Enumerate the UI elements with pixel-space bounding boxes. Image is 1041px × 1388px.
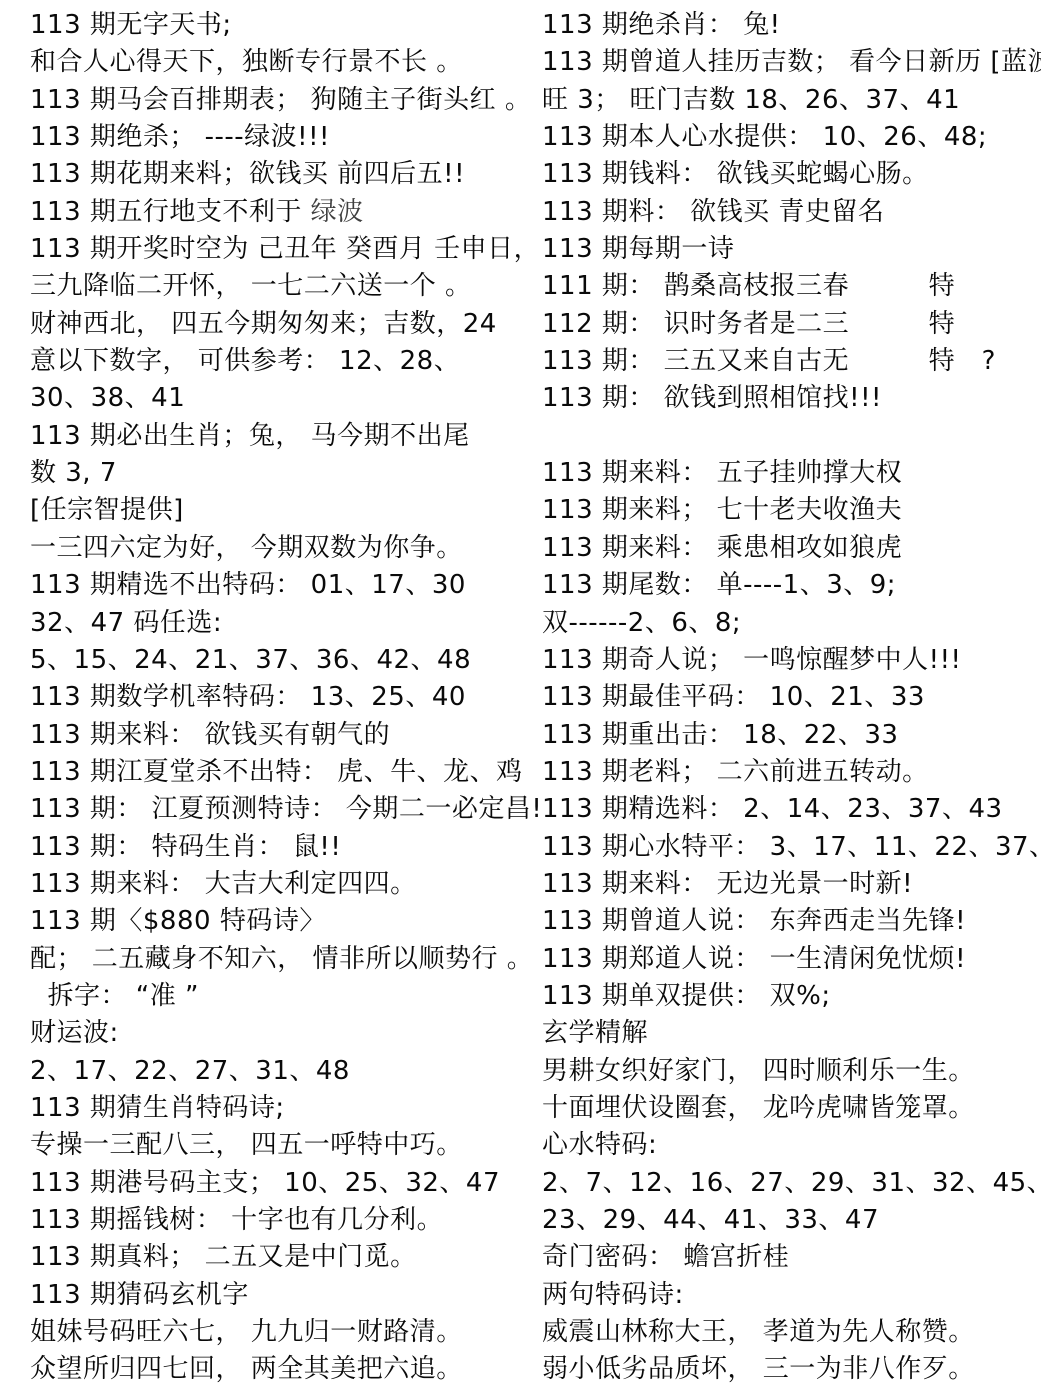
text-line: 一三四六定为好， 今期双数为你争。 bbox=[30, 530, 535, 567]
muted-text-segment: 绿波 bbox=[311, 197, 364, 227]
text-line: 配； 二五藏身不知六， 情非所以顺势行 。 bbox=[30, 941, 535, 978]
text-line: 意以下数字， 可供参考： 12、28、 bbox=[30, 343, 535, 380]
text-line: 113 期奇人说； 一鸣惊醒梦中人!!! bbox=[542, 642, 1041, 679]
text-line: 财运波: bbox=[30, 1015, 535, 1052]
text-line: 111 期： 鹊桑高枝报三春 特 bbox=[542, 268, 1041, 305]
text-line: 两句特码诗: bbox=[542, 1277, 1041, 1314]
text-line: 心水特码: bbox=[542, 1127, 1041, 1164]
text-line: 113 期料： 欲钱买 青史留名 bbox=[542, 194, 1041, 231]
text-line: 财神西北， 四五今期匆匆来；吉数，24 bbox=[30, 306, 535, 343]
text-line: 112 期： 识时务者是二三 特 bbox=[542, 306, 1041, 343]
right-column: 113 期绝杀肖： 兔!113 期曾道人挂历吉数； 看今日新历 [蓝波旺 3； … bbox=[542, 7, 1041, 1388]
text-line: 113 期来料： 无边光景一时新! bbox=[542, 866, 1041, 903]
text-line: 113 期每期一诗 bbox=[542, 231, 1041, 268]
text-line: 113 期精选不出特码： 01、17、30 bbox=[30, 567, 535, 604]
text-line: 113 期摇钱树： 十字也有几分利。 bbox=[30, 1202, 535, 1239]
text-line: 113 期〈$880 特码诗〉 bbox=[30, 903, 535, 940]
text-line: 113 期江夏堂杀不出特： 虎、牛、龙、鸡 bbox=[30, 754, 535, 791]
text-line: [任宗智提供] bbox=[30, 492, 535, 529]
text-line: 双------2、6、8; bbox=[542, 605, 1041, 642]
text-line: 姐妹号码旺六七， 九九归一财路清。 bbox=[30, 1314, 535, 1351]
text-line: 113 期来料： 欲钱买有朝气的 bbox=[30, 717, 535, 754]
text-line: 专操一三配八三， 四五一呼特中巧。 bbox=[30, 1127, 535, 1164]
text-line: 113 期绝杀； ----绿波!!! bbox=[30, 119, 535, 156]
text-line: 113 期猜码玄机字 bbox=[30, 1277, 535, 1314]
text-line: 113 期本人心水提供： 10、26、48; bbox=[542, 119, 1041, 156]
text-line: 弱小低劣品质坏， 三一为非八作歹。 bbox=[542, 1351, 1041, 1388]
text-line: 113 期必出生肖；兔， 马今期不出尾 bbox=[30, 418, 535, 455]
text-line: 113 期老料； 二六前进五转动。 bbox=[542, 754, 1041, 791]
text-line: 113 期郑道人说： 一生清闲免忧烦! bbox=[542, 941, 1041, 978]
text-line: 113 期曾道人挂历吉数； 看今日新历 [蓝波 bbox=[542, 44, 1041, 81]
text-line: 113 期： 江夏预测特诗： 今期二一必定昌! bbox=[30, 791, 535, 828]
text-line: 113 期尾数： 单----1、3、9; bbox=[542, 567, 1041, 604]
lottery-tips-page: 113 期无字天书;和合人心得天下，独断专行景不长 。113 期马会百排期表； … bbox=[0, 0, 1041, 1388]
text-line: 113 期港号码主支； 10、25、32、47 bbox=[30, 1165, 535, 1202]
text-line: 32、47 码任选: bbox=[30, 605, 535, 642]
text-line: 2、17、22、27、31、48 bbox=[30, 1053, 535, 1090]
text-line: 113 期五行地支不利于 绿波 bbox=[30, 194, 535, 231]
text-line: 113 期马会百排期表； 狗随主子街头红 。 bbox=[30, 82, 535, 119]
text-segment: 113 期五行地支不利于 bbox=[30, 197, 311, 227]
text-line: 拆字： “准 ” bbox=[30, 978, 535, 1015]
text-line: 众望所归四七回， 两全其美把六追。 bbox=[30, 1351, 535, 1388]
text-line: 113 期最佳平码： 10、21、33 bbox=[542, 679, 1041, 716]
text-line: 数 3, 7 bbox=[30, 455, 535, 492]
text-line: 113 期来料： 五子挂帅撑大权 bbox=[542, 455, 1041, 492]
text-line: 23、29、44、41、33、47 bbox=[542, 1202, 1041, 1239]
text-line: 113 期钱料： 欲钱买蛇蝎心肠。 bbox=[542, 156, 1041, 193]
text-line: 113 期绝杀肖： 兔! bbox=[542, 7, 1041, 44]
text-line: 113 期曾道人说： 东奔西走当先锋! bbox=[542, 903, 1041, 940]
text-line bbox=[542, 418, 1041, 455]
text-line: 113 期来料： 大吉大利定四四。 bbox=[30, 866, 535, 903]
text-line: 威震山林称大王， 孝道为先人称赞。 bbox=[542, 1314, 1041, 1351]
text-line: 113 期： 特码生肖： 鼠!! bbox=[30, 829, 535, 866]
text-line: 十面埋伏设圈套， 龙吟虎啸皆笼罩。 bbox=[542, 1090, 1041, 1127]
text-line: 30、38、41 bbox=[30, 380, 535, 417]
text-line: 旺 3； 旺门吉数 18、26、37、41 bbox=[542, 82, 1041, 119]
text-line: 113 期： 三五又来自古无 特 ? bbox=[542, 343, 1041, 380]
text-line: 男耕女织好家门， 四时顺利乐一生。 bbox=[542, 1053, 1041, 1090]
text-line: 5、15、24、21、37、36、42、48 bbox=[30, 642, 535, 679]
text-line: 113 期来料： 乘患相攻如狼虎 bbox=[542, 530, 1041, 567]
text-line: 113 期真料； 二五又是中门觅。 bbox=[30, 1239, 535, 1276]
text-line: 113 期无字天书; bbox=[30, 7, 535, 44]
text-line: 113 期重出击： 18、22、33 bbox=[542, 717, 1041, 754]
text-line: 奇门密码： 蟾宫折桂 bbox=[542, 1239, 1041, 1276]
text-line: 113 期来料； 七十老夫收渔夫 bbox=[542, 492, 1041, 529]
text-line: 三九降临二开怀， 一七二六送一个 。 bbox=[30, 268, 535, 305]
text-line: 113 期数学机率特码： 13、25、40 bbox=[30, 679, 535, 716]
text-line: 113 期单双提供： 双%; bbox=[542, 978, 1041, 1015]
text-line: 玄学精解 bbox=[542, 1015, 1041, 1052]
text-line: 113 期花期来料；欲钱买 前四后五!! bbox=[30, 156, 535, 193]
text-line: 和合人心得天下，独断专行景不长 。 bbox=[30, 44, 535, 81]
text-line: 113 期精选料： 2、14、23、37、43 bbox=[542, 791, 1041, 828]
text-line: 113 期心水特平： 3、17、11、22、37、41。 bbox=[542, 829, 1041, 866]
left-column: 113 期无字天书;和合人心得天下，独断专行景不长 。113 期马会百排期表； … bbox=[30, 7, 535, 1388]
text-line: 2、7、12、16、27、29、31、32、45、 bbox=[542, 1165, 1041, 1202]
text-line: 113 期猜生肖特码诗; bbox=[30, 1090, 535, 1127]
text-line: 113 期： 欲钱到照相馆找!!! bbox=[542, 380, 1041, 417]
text-line: 113 期开奖时空为 己丑年 癸酉月 壬申日， bbox=[30, 231, 535, 268]
